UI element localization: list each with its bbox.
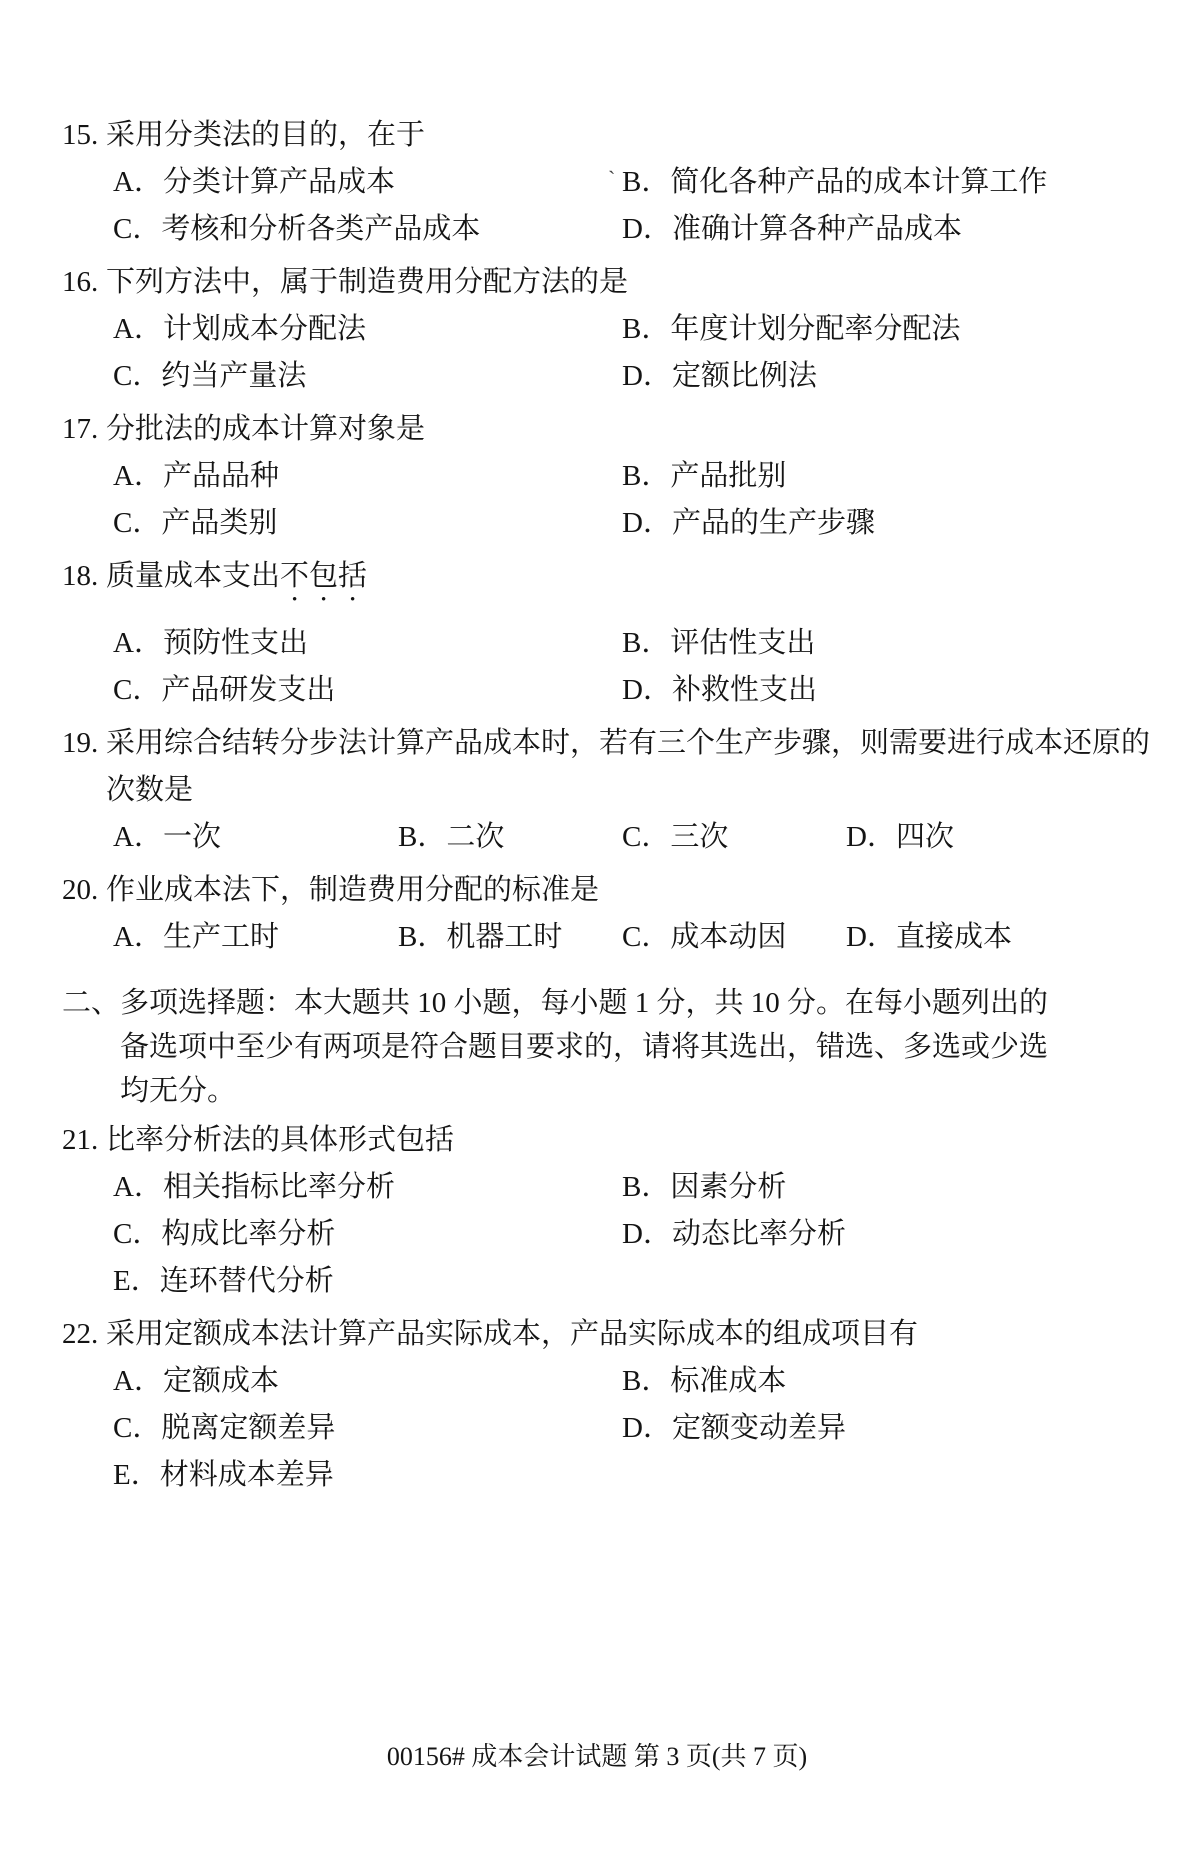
option: C．成本动因 [622, 914, 846, 961]
question-stem: 作业成本法下，制造费用分配的标准是 [106, 867, 599, 914]
option-row: C．构成比率分析D．动态比率分析 [62, 1211, 1158, 1258]
option-row: A．生产工时B．机器工时C．成本动因D．直接成本 [62, 914, 1158, 961]
option: C．产品研发支出 [113, 667, 622, 714]
question-stem-row: 18.质量成本支出不包括 [62, 553, 1158, 608]
stem-text: 下列方法中，属于制造费用分配方法的是 [106, 266, 628, 298]
question-stem-row: 21.比率分析法的具体形式包括 [62, 1117, 1158, 1164]
question-number: 21. [62, 1117, 106, 1164]
option: B．简化各种产品的成本计算工作 [622, 159, 1047, 206]
section-number: 二、 [62, 981, 120, 1113]
question-stem-row: 19.采用综合结转分步法计算产品成本时，若有三个生产步骤，则需要进行成本还原的次… [62, 720, 1158, 814]
question-stem-row: 22.采用定额成本法计算产品实际成本，产品实际成本的组成项目有 [62, 1311, 1158, 1358]
exam-page: ` 15.采用分类法的目的，在于A．分类计算产品成本B．简化各种产品的成本计算工… [0, 0, 1194, 1853]
question-stem: 比率分析法的具体形式包括 [106, 1117, 454, 1164]
option: E．连环替代分析 [113, 1258, 622, 1305]
question: 16.下列方法中，属于制造费用分配方法的是A．计划成本分配法B．年度计划分配率分… [62, 259, 1158, 400]
question: 22.采用定额成本法计算产品实际成本，产品实际成本的组成项目有A．定额成本B．标… [62, 1311, 1158, 1499]
question-number: 18. [62, 553, 106, 600]
option: C．构成比率分析 [113, 1211, 622, 1258]
option: A．预防性支出 [113, 620, 622, 667]
question: 21.比率分析法的具体形式包括A．相关指标比率分析B．因素分析C．构成比率分析D… [62, 1117, 1158, 1305]
option: D．补救性支出 [622, 667, 817, 714]
option-row: C．脱离定额差异D．定额变动差异 [62, 1405, 1158, 1452]
stem-emphasis: 不包括 [280, 560, 367, 592]
scan-artifact: ` [608, 166, 615, 192]
option: A．定额成本 [113, 1358, 622, 1405]
option: C．考核和分析各类产品成本 [113, 206, 622, 253]
option: B．因素分析 [622, 1164, 786, 1211]
question-list: 15.采用分类法的目的，在于A．分类计算产品成本B．简化各种产品的成本计算工作C… [0, 0, 1194, 1499]
question: 18.质量成本支出不包括A．预防性支出B．评估性支出C．产品研发支出D．补救性支… [62, 553, 1158, 714]
option-row: C．约当产量法D．定额比例法 [62, 353, 1158, 400]
question-stem-row: 16.下列方法中，属于制造费用分配方法的是 [62, 259, 1158, 306]
option: D．四次 [846, 814, 954, 861]
option: A．相关指标比率分析 [113, 1164, 622, 1211]
option-row: A．预防性支出B．评估性支出 [62, 620, 1158, 667]
question-stem: 下列方法中，属于制造费用分配方法的是 [106, 259, 628, 306]
stem-text: 比率分析法的具体形式包括 [106, 1124, 454, 1156]
option: D．直接成本 [846, 914, 1012, 961]
option: A．计划成本分配法 [113, 306, 622, 353]
option: A．生产工时 [113, 914, 398, 961]
section-text: 多项选择题：本大题共 10 小题，每小题 1 分，共 10 分。在每小题列出的备… [120, 981, 1060, 1113]
option: A．分类计算产品成本 [113, 159, 622, 206]
option: C．约当产量法 [113, 353, 622, 400]
option: C．产品类别 [113, 500, 622, 547]
stem-text: 采用定额成本法计算产品实际成本，产品实际成本的组成项目有 [106, 1318, 918, 1350]
question-number: 17. [62, 406, 106, 453]
question-number: 15. [62, 112, 106, 159]
option: B．年度计划分配率分配法 [622, 306, 960, 353]
option-row: A．产品品种B．产品批别 [62, 453, 1158, 500]
option-row: A．一次B．二次C．三次D．四次 [62, 814, 1158, 861]
option-row: C．产品类别D．产品的生产步骤 [62, 500, 1158, 547]
option: D．定额变动差异 [622, 1405, 846, 1452]
stem-text: 作业成本法下，制造费用分配的标准是 [106, 874, 599, 906]
option: B．二次 [398, 814, 622, 861]
question-stem: 质量成本支出不包括 [106, 553, 367, 608]
option: C．三次 [622, 814, 846, 861]
option: D．动态比率分析 [622, 1211, 846, 1258]
section-header: 二、多项选择题：本大题共 10 小题，每小题 1 分，共 10 分。在每小题列出… [62, 981, 1158, 1113]
stem-text: 质量成本支出 [106, 560, 280, 592]
page-footer: 00156# 成本会计试题 第 3 页(共 7 页) [0, 1742, 1194, 1772]
question-stem: 采用分类法的目的，在于 [106, 112, 425, 159]
option: B．机器工时 [398, 914, 622, 961]
option: A．一次 [113, 814, 398, 861]
stem-text: 采用综合结转分步法计算产品成本时，若有三个生产步骤，则需要进行成本还原的次数是 [106, 727, 1150, 806]
option-row: A．计划成本分配法B．年度计划分配率分配法 [62, 306, 1158, 353]
question: 17.分批法的成本计算对象是A．产品品种B．产品批别C．产品类别D．产品的生产步… [62, 406, 1158, 547]
option: A．产品品种 [113, 453, 622, 500]
question-stem: 采用定额成本法计算产品实际成本，产品实际成本的组成项目有 [106, 1311, 918, 1358]
option: E．材料成本差异 [113, 1452, 622, 1499]
question-stem-row: 20.作业成本法下，制造费用分配的标准是 [62, 867, 1158, 914]
question: 19.采用综合结转分步法计算产品成本时，若有三个生产步骤，则需要进行成本还原的次… [62, 720, 1158, 861]
option-row: C．产品研发支出D．补救性支出 [62, 667, 1158, 714]
question-number: 22. [62, 1311, 106, 1358]
question-number: 16. [62, 259, 106, 306]
question-stem-row: 15.采用分类法的目的，在于 [62, 112, 1158, 159]
question-number: 19. [62, 720, 106, 767]
question-stem: 分批法的成本计算对象是 [106, 406, 425, 453]
option: B．标准成本 [622, 1358, 786, 1405]
option-row: E．材料成本差异 [62, 1452, 1158, 1499]
option: B．产品批别 [622, 453, 786, 500]
question: 20.作业成本法下，制造费用分配的标准是A．生产工时B．机器工时C．成本动因D．… [62, 867, 1158, 961]
option: D．准确计算各种产品成本 [622, 206, 962, 253]
option: D．定额比例法 [622, 353, 817, 400]
option-row: A．定额成本B．标准成本 [62, 1358, 1158, 1405]
question-stem-row: 17.分批法的成本计算对象是 [62, 406, 1158, 453]
option: B．评估性支出 [622, 620, 815, 667]
option-row: A．相关指标比率分析B．因素分析 [62, 1164, 1158, 1211]
option-row: E．连环替代分析 [62, 1258, 1158, 1305]
option: D．产品的生产步骤 [622, 500, 875, 547]
stem-text: 分批法的成本计算对象是 [106, 413, 425, 445]
question-number: 20. [62, 867, 106, 914]
question-stem: 采用综合结转分步法计算产品成本时，若有三个生产步骤，则需要进行成本还原的次数是 [106, 720, 1152, 814]
stem-text: 采用分类法的目的，在于 [106, 119, 425, 151]
option-row: C．考核和分析各类产品成本D．准确计算各种产品成本 [62, 206, 1158, 253]
option: C．脱离定额差异 [113, 1405, 622, 1452]
